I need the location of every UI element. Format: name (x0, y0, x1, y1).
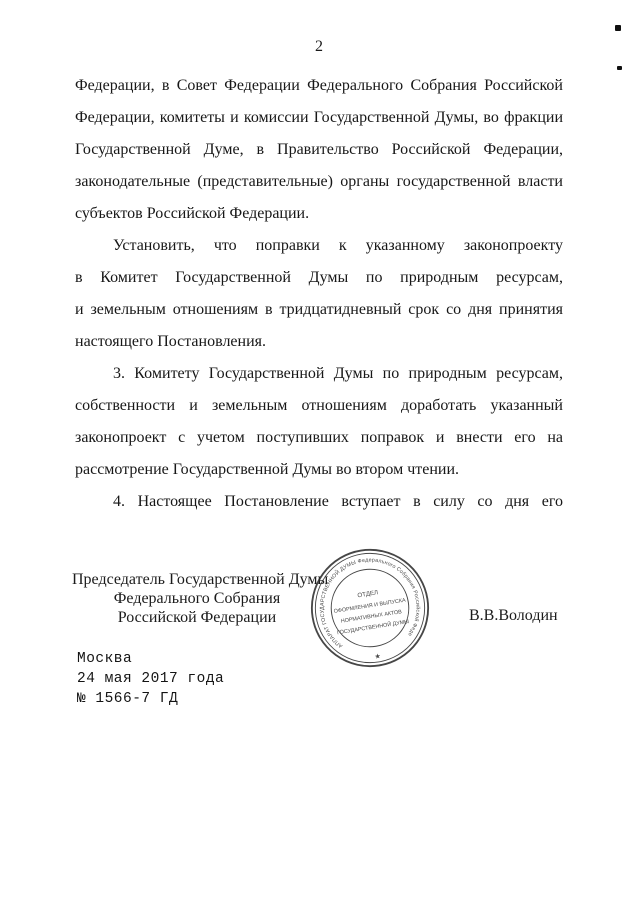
footer-date: 24 мая 2017 года (77, 669, 224, 689)
stamp-star-icon: ★ (374, 652, 381, 661)
text-line: настоящего Постановления. (75, 326, 563, 358)
text-line: рассмотрение Государственной Думы во вто… (75, 454, 563, 486)
page-number: 2 (75, 38, 563, 56)
footer-city: Москва (77, 649, 224, 669)
signer-title-line: Федерального Собрания (72, 589, 322, 608)
signer-title-line: Председатель Государственной Думы (72, 570, 322, 589)
text-line: законодательные (представительные) орган… (75, 166, 563, 198)
scanned-document-page: { "page": { "number": "2" }, "body": { "… (0, 0, 640, 905)
footer-doc-number: № 1566-7 ГД (77, 689, 224, 709)
signer-title-line: Российской Федерации (72, 608, 322, 627)
text-line: Государственной Думе, в Правительство Ро… (75, 134, 563, 166)
text-line: Установить, что поправки к указанному за… (75, 230, 563, 262)
text-line: Федерации, комитеты и комиссии Государст… (75, 102, 563, 134)
text-line: собственности и земельным отношениям дор… (75, 390, 563, 422)
text-line: Федерации, в Совет Федерации Федеральног… (75, 70, 563, 102)
scan-speck (615, 25, 621, 31)
text-line: законопроект с учетом поступивших поправ… (75, 422, 563, 454)
signature-title-block: Председатель Государственной Думы Федера… (72, 570, 322, 627)
paragraph: Федерации, в Совет Федерации Федеральног… (75, 70, 563, 230)
text-line: в Комитет Государственной Думы по природ… (75, 262, 563, 294)
signer-name: В.В.Володин (469, 607, 558, 625)
paragraph: 3. Комитету Государственной Думы по прир… (75, 358, 563, 486)
stamp-center-line: ОТДЕЛ (357, 589, 379, 599)
paragraph: Установить, что поправки к указанному за… (75, 230, 563, 358)
text-line: субъектов Российской Федерации. (75, 198, 563, 230)
text-line: и земельным отношениям в тридцатидневный… (75, 294, 563, 326)
document-footer: Москва 24 мая 2017 года № 1566-7 ГД (77, 649, 224, 709)
paragraph: 4. Настоящее Постановление вступает в си… (75, 486, 563, 518)
stamp-seal-icon: АППАРАТ ГОСУДАРСТВЕННОЙ ДУМЫ Федеральног… (286, 535, 454, 681)
document-body: Федерации, в Совет Федерации Федеральног… (75, 70, 563, 518)
text-line: 3. Комитету Государственной Думы по прир… (75, 358, 563, 390)
text-line: 4. Настоящее Постановление вступает в си… (75, 486, 563, 518)
scan-speck (617, 66, 622, 70)
official-round-stamp: АППАРАТ ГОСУДАРСТВЕННОЙ ДУМЫ Федеральног… (286, 535, 454, 681)
